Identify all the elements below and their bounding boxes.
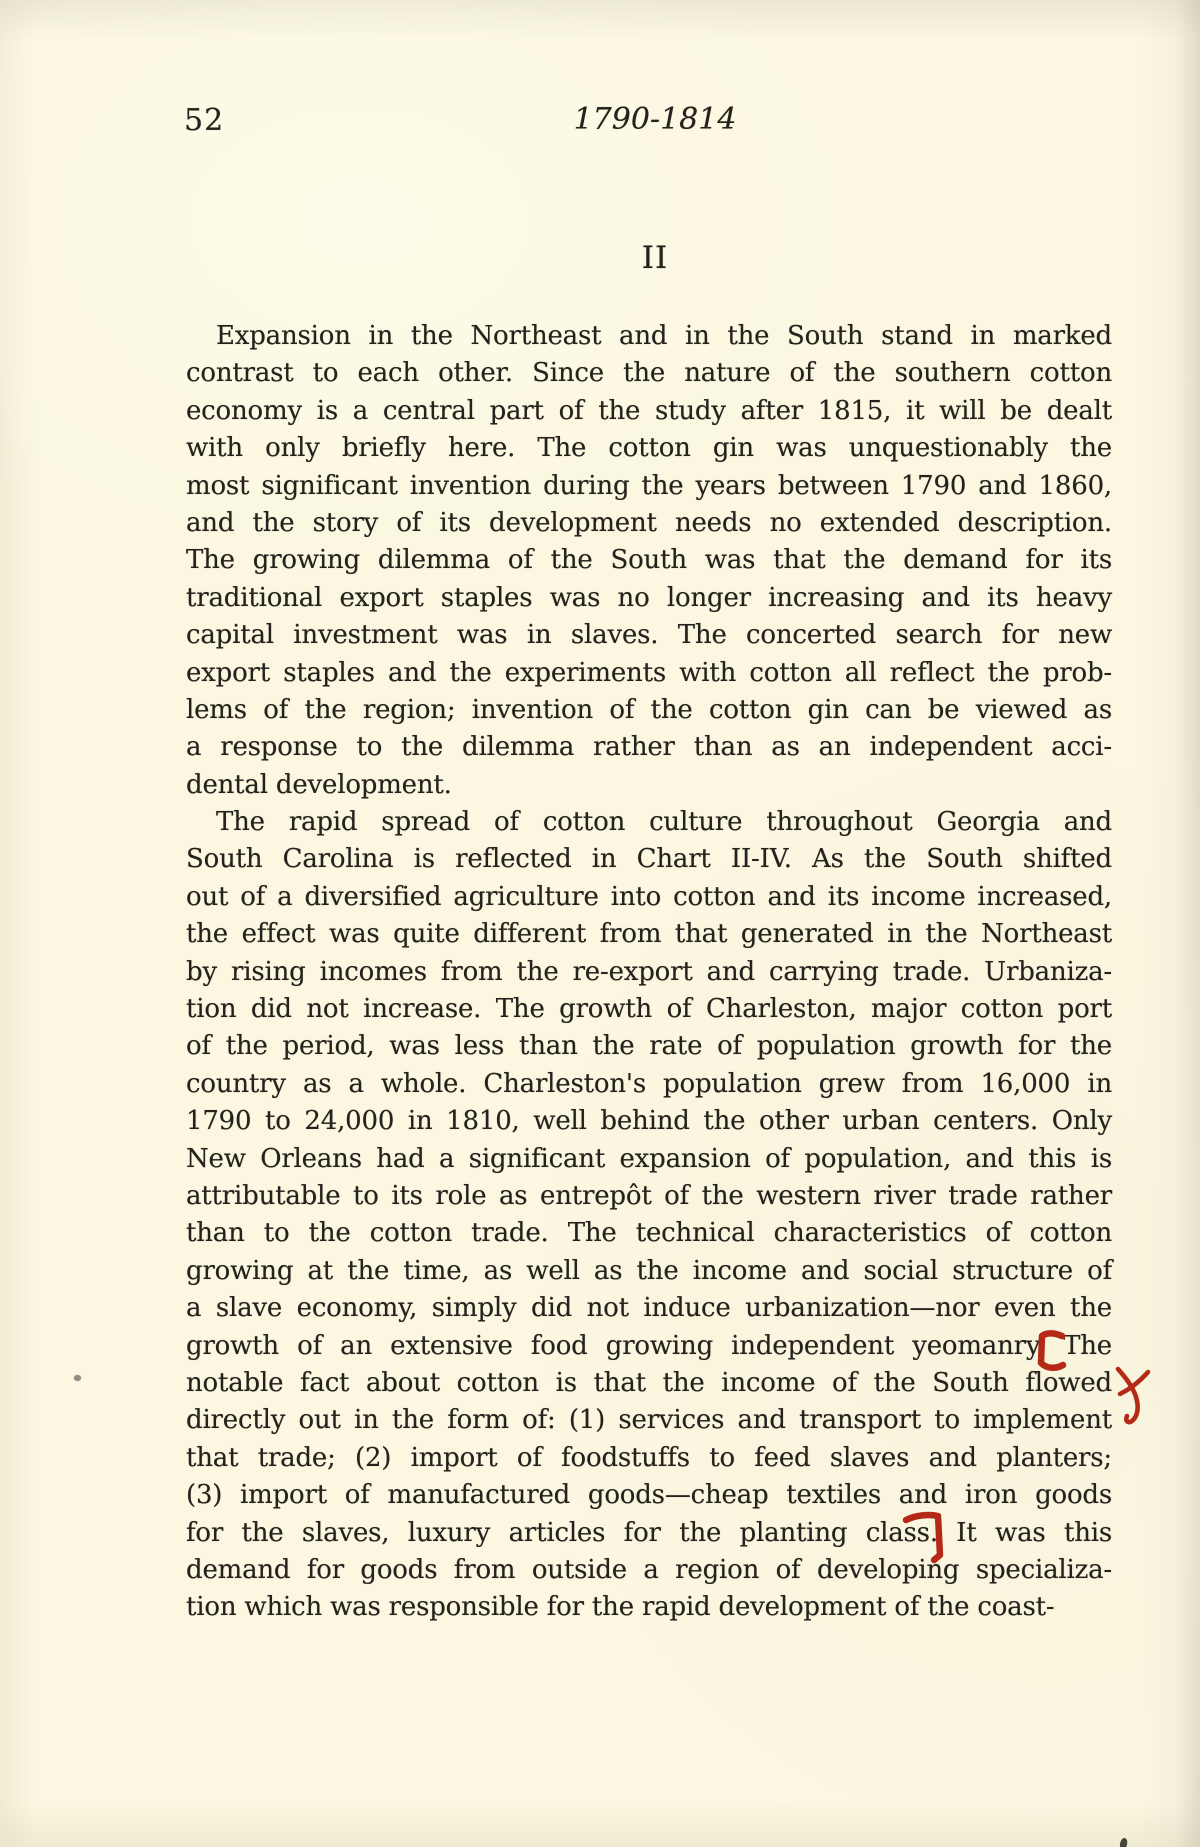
text-line: the effect was quite different from that… (186, 916, 1112, 953)
red-margin-check-annotation (1110, 1366, 1154, 1426)
text-line: than to the cotton trade. The technical … (186, 1215, 1112, 1252)
text-line: 1790 to 24,000 in 1810, well behind the … (186, 1103, 1112, 1140)
text-line: economy is a central part of the study a… (186, 393, 1112, 430)
text-line: attributable to its role as entrepôt of … (186, 1178, 1112, 1215)
text-line: South Carolina is reflected in Chart II-… (186, 841, 1112, 878)
text-line: notable fact about cotton is that the in… (186, 1365, 1112, 1402)
text-line: contrast to each other. Since the nature… (186, 355, 1112, 392)
text-line: country as a whole. Charleston's populat… (186, 1066, 1112, 1103)
text-line: lems of the region; invention of the cot… (186, 692, 1112, 729)
paper-speck (74, 1375, 81, 1381)
edge-ink-mark (1119, 1837, 1129, 1847)
text-line: out of a diversified agriculture into co… (186, 879, 1112, 916)
text-line: directly out in the form of: (1) service… (186, 1402, 1112, 1439)
running-head: 1790-1814 (55, 102, 1200, 138)
text-line: for the slaves, luxury articles for the … (186, 1515, 1112, 1552)
text-line: that trade; (2) import of foodstuffs to … (186, 1440, 1112, 1477)
text-line: with only briefly here. The cotton gin w… (186, 430, 1112, 467)
text-line: traditional export staples was no longer… (186, 580, 1112, 617)
text-line: most significant invention during the ye… (186, 468, 1112, 505)
section-heading: II (55, 241, 1200, 275)
text-line: tion which was responsible for the rapid… (186, 1589, 1112, 1626)
text-line: (3) import of manufactured goods—cheap t… (186, 1477, 1112, 1514)
text-line: and the story of its development needs n… (186, 505, 1112, 542)
text-line: demand for goods from outside a region o… (186, 1552, 1112, 1589)
text-line: growing at the time, as well as the inco… (186, 1253, 1112, 1290)
text-line: growth of an extensive food growing inde… (186, 1328, 1112, 1365)
text-line: dental development. (186, 767, 1112, 804)
text-line: by rising incomes from the re-export and… (186, 954, 1112, 991)
text-line: capital investment was in slaves. The co… (186, 617, 1112, 654)
text-line: a slave economy, simply did not induce u… (186, 1290, 1112, 1327)
text-line: New Orleans had a significant expansion … (186, 1141, 1112, 1178)
text-line: a response to the dilemma rather than as… (186, 729, 1112, 766)
text-line: The growing dilemma of the South was tha… (186, 542, 1112, 579)
text-line: tion did not increase. The growth of Cha… (186, 991, 1112, 1028)
text-line: export staples and the experiments with … (186, 655, 1112, 692)
text-line: Expansion in the Northeast and in the So… (186, 318, 1112, 355)
text-line: The rapid spread of cotton culture throu… (186, 804, 1112, 841)
text-line: of the period, was less than the rate of… (186, 1028, 1112, 1065)
body-text: Expansion in the Northeast and in the So… (186, 318, 1112, 1627)
book-page: 52 1790-1814 II Expansion in the Northea… (0, 0, 1200, 1847)
